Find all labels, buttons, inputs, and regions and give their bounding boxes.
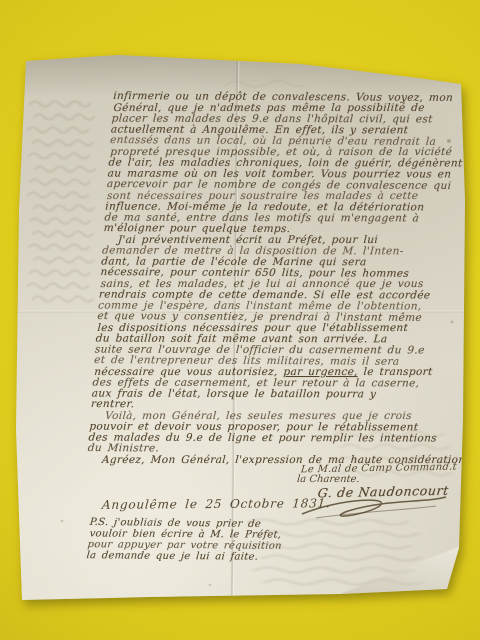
handwritten-line: sont nécessaires pour soustraire les mal… [107, 191, 464, 202]
dateline: Angoulême le 25 Octobre 1831. [101, 496, 331, 512]
paper-shadow-wrap: infirmerie ou un dépôt de convalescens. … [0, 0, 480, 640]
handwritten-line: placer les malades des 9.e dans l'hôpita… [111, 114, 468, 126]
letter-page: infirmerie ou un dépôt de convalescens. … [0, 0, 480, 640]
handwritten-line: demander de mettre à la disposition de M… [102, 246, 459, 258]
handwritten-line: les dispositions nécessaires pour que l'… [97, 323, 454, 334]
urgence-post: le transport [357, 366, 433, 378]
postscript-line: pour appuyer par votre réquisition [87, 539, 282, 552]
handwritten-line: sains, et les malades, et je lui ai anno… [100, 279, 457, 290]
signature-title-2: la Charente. [296, 474, 360, 485]
handwritten-line: propreté presque impossible, et où, à ra… [110, 147, 467, 158]
postscript-block: P.S. j'oubliais de vous prier de vouloir… [86, 517, 284, 563]
handwritten-line: Voilà, mon Général, les seules mesures q… [91, 411, 448, 422]
letter-body: infirmerie ou un dépôt de convalescens. … [86, 92, 469, 467]
handwritten-line: des effets de casernement, et leur retou… [92, 378, 449, 390]
postscript-line: la demande que je lui ai faite. [86, 550, 281, 563]
photo-background: infirmerie ou un dépôt de convalescens. … [0, 0, 480, 640]
